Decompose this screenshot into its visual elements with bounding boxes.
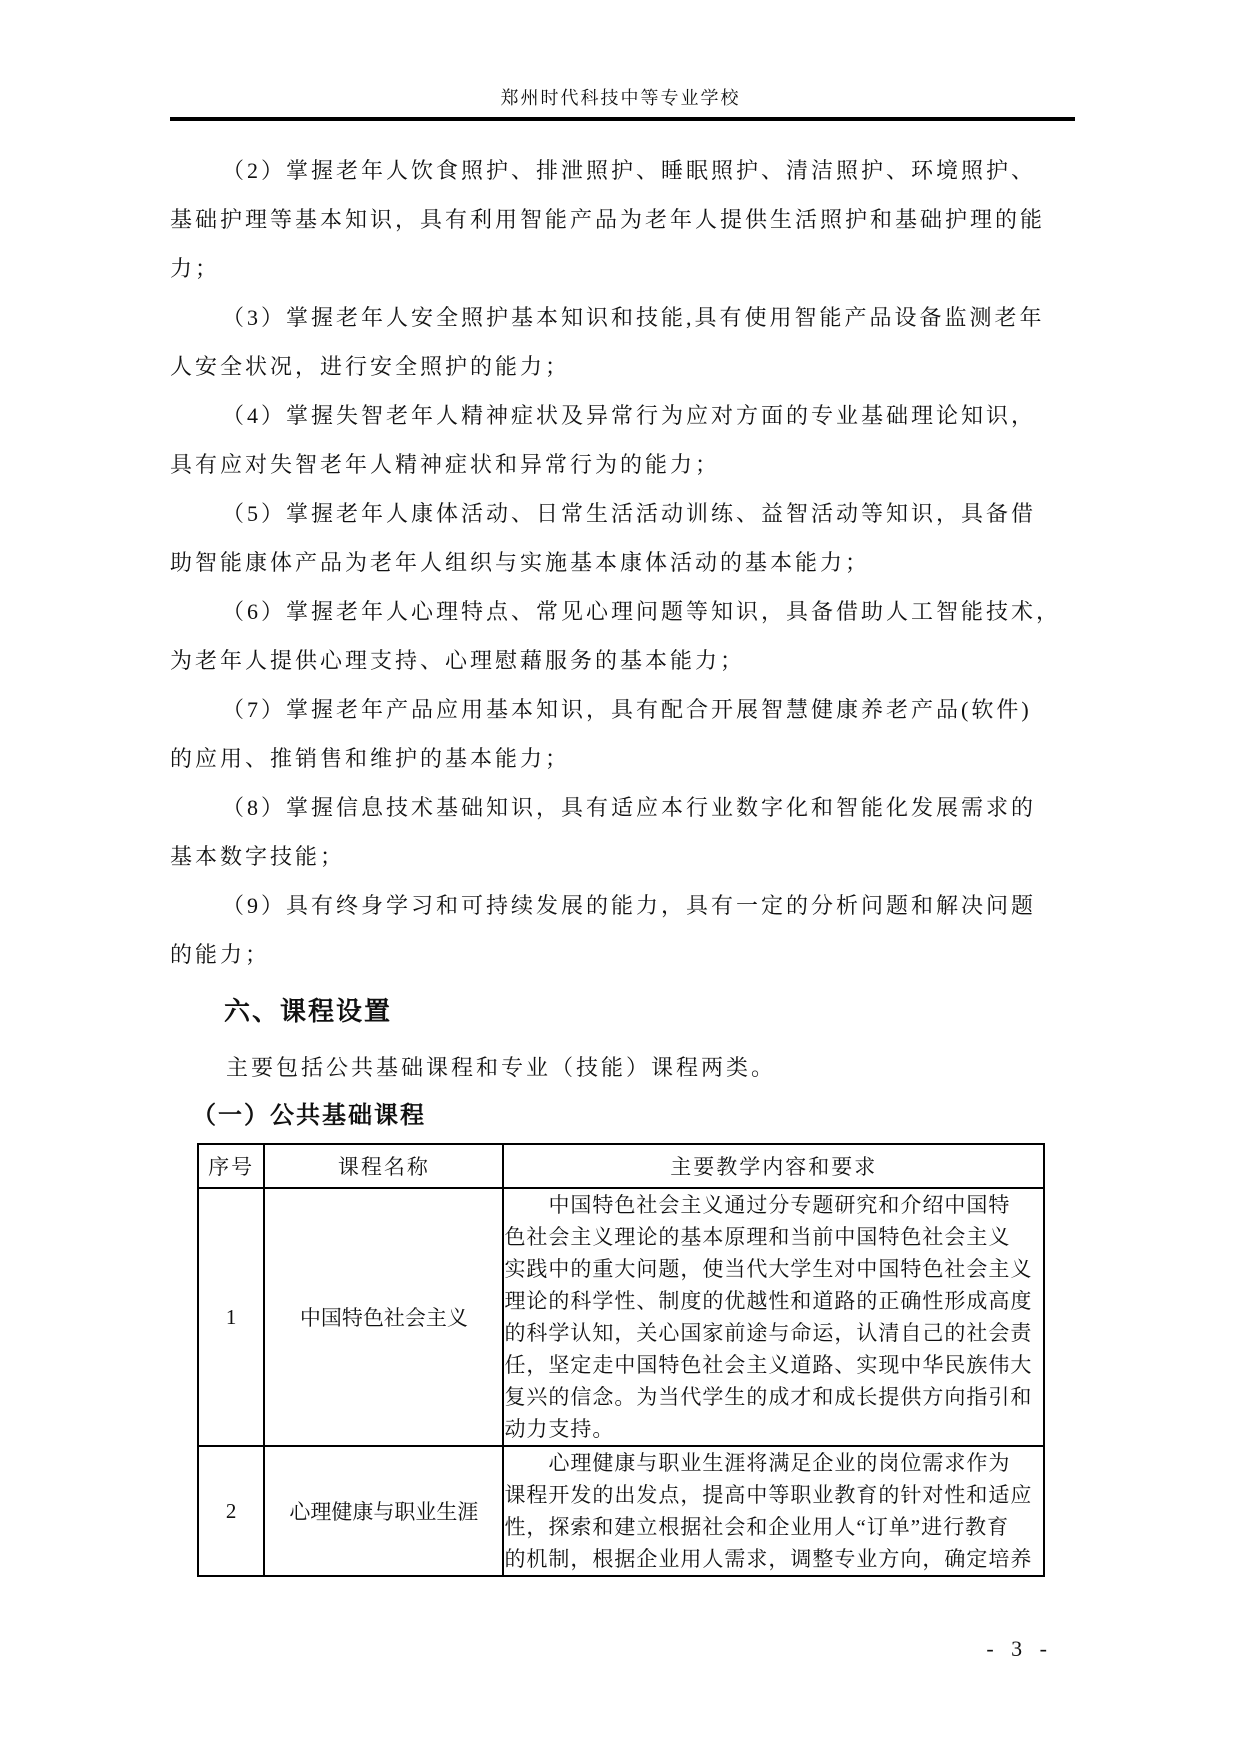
paragraph-line: （8）掌握信息技术基础知识，具有适应本行业数字化和智能化发展需求的 <box>170 783 1075 832</box>
paragraph: （9）具有终身学习和可持续发展的能力，具有一定的分析问题和解决问题的能力； <box>170 881 1075 979</box>
course-content-line: 复兴的信念。为当代学生的成才和成长提供方向指引和 <box>504 1381 1043 1413</box>
header-rule <box>170 117 1075 121</box>
paragraph-line: 力； <box>170 244 1075 293</box>
document-page: 郑州时代科技中等专业学校 （2）掌握老年人饮食照护、排泄照护、睡眠照护、清洁照护… <box>0 0 1241 1754</box>
table-row: 1中国特色社会主义中国特色社会主义通过分专题研究和介绍中国特色社会主义理论的基本… <box>198 1188 1044 1446</box>
section-heading: 六、课程设置 <box>170 985 1075 1037</box>
page-number: - 3 - <box>986 1636 1053 1662</box>
course-content-line: 动力支持。 <box>504 1413 1043 1445</box>
course-content-line: 任，坚定走中国特色社会主义道路、实现中华民族伟大 <box>504 1349 1043 1381</box>
paragraph-line: 的能力； <box>170 930 1075 979</box>
row-number-cell: 1 <box>198 1188 264 1446</box>
course-content-line: 色社会主义理论的基本原理和当前中国特色社会主义 <box>504 1221 1043 1253</box>
paragraph-line: 的应用、推销售和维护的基本能力； <box>170 734 1075 783</box>
table-header-cell-no: 序号 <box>198 1144 264 1188</box>
paragraph: （2）掌握老年人饮食照护、排泄照护、睡眠照护、清洁照护、环境照护、基础护理等基本… <box>170 146 1075 293</box>
table-header-cell-course: 课程名称 <box>264 1144 503 1188</box>
paragraph-line: 具有应对失智老年人精神症状和异常行为的能力； <box>170 440 1075 489</box>
course-name-cell: 中国特色社会主义 <box>264 1188 503 1446</box>
paragraph-line: 基本数字技能； <box>170 832 1075 881</box>
paragraph: （4）掌握失智老年人精神症状及异常行为应对方面的专业基础理论知识，具有应对失智老… <box>170 391 1075 489</box>
paragraph: （5）掌握老年人康体活动、日常生活活动训练、益智活动等知识，具备借助智能康体产品… <box>170 489 1075 587</box>
header-title: 郑州时代科技中等专业学校 <box>0 84 1241 110</box>
table-header-row: 序号 课程名称 主要教学内容和要求 <box>198 1144 1044 1188</box>
paragraph-line: 助智能康体产品为老年人组织与实施基本康体活动的基本能力； <box>170 538 1075 587</box>
paragraph: （6）掌握老年人心理特点、常见心理问题等知识，具备借助人工智能技术，为老年人提供… <box>170 587 1075 685</box>
paragraph-line: 人安全状况，进行安全照护的能力； <box>170 342 1075 391</box>
paragraph-line: （2）掌握老年人饮食照护、排泄照护、睡眠照护、清洁照护、环境照护、 <box>170 146 1075 195</box>
paragraph: （3）掌握老年人安全照护基本知识和技能,具有使用智能产品设备监测老年人安全状况，… <box>170 293 1075 391</box>
paragraph-line: （4）掌握失智老年人精神症状及异常行为应对方面的专业基础理论知识， <box>170 391 1075 440</box>
section-subheading: （一）公共基础课程 <box>170 1092 1075 1141</box>
paragraph-line: （5）掌握老年人康体活动、日常生活活动训练、益智活动等知识，具备借 <box>170 489 1075 538</box>
course-content-cell: 中国特色社会主义通过分专题研究和介绍中国特色社会主义理论的基本原理和当前中国特色… <box>503 1188 1044 1446</box>
section-intro: 主要包括公共基础课程和专业（技能）课程两类。 <box>170 1043 1075 1092</box>
course-content-line: 性，探索和建立根据社会和企业用人“订单”进行教育 <box>504 1511 1043 1543</box>
course-name-cell: 心理健康与职业生涯 <box>264 1446 503 1576</box>
paragraph-line: （7）掌握老年产品应用基本知识，具有配合开展智慧健康养老产品(软件) <box>170 685 1075 734</box>
row-number-cell: 2 <box>198 1446 264 1576</box>
paragraph-line: 基础护理等基本知识，具有利用智能产品为老年人提供生活照护和基础护理的能 <box>170 195 1075 244</box>
table-row: 2心理健康与职业生涯心理健康与职业生涯将满足企业的岗位需求作为课程开发的出发点，… <box>198 1446 1044 1576</box>
paragraph-line: 为老年人提供心理支持、心理慰藉服务的基本能力； <box>170 636 1075 685</box>
course-content-line: 的科学认知，关心国家前途与命运，认清自己的社会责 <box>504 1317 1043 1349</box>
course-content-line: 心理健康与职业生涯将满足企业的岗位需求作为 <box>504 1447 1043 1479</box>
course-content-line: 课程开发的出发点，提高中等职业教育的针对性和适应 <box>504 1479 1043 1511</box>
paragraphs: （2）掌握老年人饮食照护、排泄照护、睡眠照护、清洁照护、环境照护、基础护理等基本… <box>170 146 1075 979</box>
course-content-cell: 心理健康与职业生涯将满足企业的岗位需求作为课程开发的出发点，提高中等职业教育的针… <box>503 1446 1044 1576</box>
paragraph-line: （6）掌握老年人心理特点、常见心理问题等知识，具备借助人工智能技术， <box>170 587 1075 636</box>
paragraph-line: （3）掌握老年人安全照护基本知识和技能,具有使用智能产品设备监测老年 <box>170 293 1075 342</box>
course-content-line: 实践中的重大问题，使当代大学生对中国特色社会主义 <box>504 1253 1043 1285</box>
table-header-cell-content: 主要教学内容和要求 <box>503 1144 1044 1188</box>
course-content-line: 中国特色社会主义通过分专题研究和介绍中国特 <box>504 1189 1043 1221</box>
course-content-line: 的机制，根据企业用人需求，调整专业方向，确定培养 <box>504 1543 1043 1575</box>
paragraph-line: （9）具有终身学习和可持续发展的能力，具有一定的分析问题和解决问题 <box>170 881 1075 930</box>
paragraph: （7）掌握老年产品应用基本知识，具有配合开展智慧健康养老产品(软件)的应用、推销… <box>170 685 1075 783</box>
courses-table: 序号 课程名称 主要教学内容和要求 1中国特色社会主义中国特色社会主义通过分专题… <box>197 1143 1045 1577</box>
content-area: （2）掌握老年人饮食照护、排泄照护、睡眠照护、清洁照护、环境照护、基础护理等基本… <box>170 146 1075 1577</box>
courses-table-head: 序号 课程名称 主要教学内容和要求 <box>198 1144 1044 1188</box>
course-content-line: 理论的科学性、制度的优越性和道路的正确性形成高度 <box>504 1285 1043 1317</box>
courses-table-body: 1中国特色社会主义中国特色社会主义通过分专题研究和介绍中国特色社会主义理论的基本… <box>198 1188 1044 1576</box>
paragraph: （8）掌握信息技术基础知识，具有适应本行业数字化和智能化发展需求的基本数字技能； <box>170 783 1075 881</box>
